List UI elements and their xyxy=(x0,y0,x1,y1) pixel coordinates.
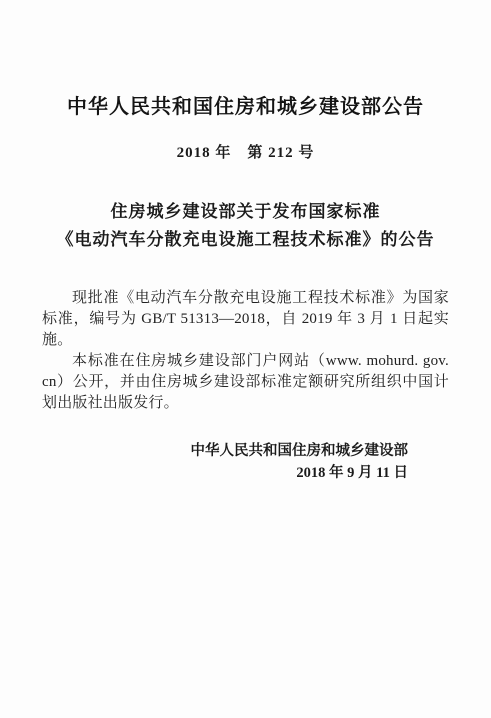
notice-subject-line-2: 《电动汽车分散充电设施工程技术标准》的公告 xyxy=(0,226,491,254)
issuing-authority: 中华人民共和国住房和城乡建设部 xyxy=(191,440,409,462)
ministry-announcement-title: 中华人民共和国住房和城乡建设部公告 xyxy=(0,90,491,119)
notice-subject: 住房城乡建设部关于发布国家标准 《电动汽车分散充电设施工程技术标准》的公告 xyxy=(0,198,491,254)
announcement-page: 中华人民共和国住房和城乡建设部公告 2018 年 第 212 号 住房城乡建设部… xyxy=(0,0,491,718)
body-paragraph-2: 本标准在住房城乡建设部门户网站（www. mohurd. gov. cn）公开，… xyxy=(42,351,449,414)
signature-block: 中华人民共和国住房和城乡建设部 2018 年 9 月 11 日 xyxy=(191,440,409,484)
body-paragraph-1: 现批准《电动汽车分散充电设施工程技术标准》为国家标准，编号为 GB/T 5131… xyxy=(42,288,449,351)
issue-date: 2018 年 9 月 11 日 xyxy=(191,462,409,484)
notice-subject-line-1: 住房城乡建设部关于发布国家标准 xyxy=(0,198,491,226)
announcement-body: 现批准《电动汽车分散充电设施工程技术标准》为国家标准，编号为 GB/T 5131… xyxy=(42,288,449,414)
issue-number: 2018 年 第 212 号 xyxy=(0,141,491,162)
